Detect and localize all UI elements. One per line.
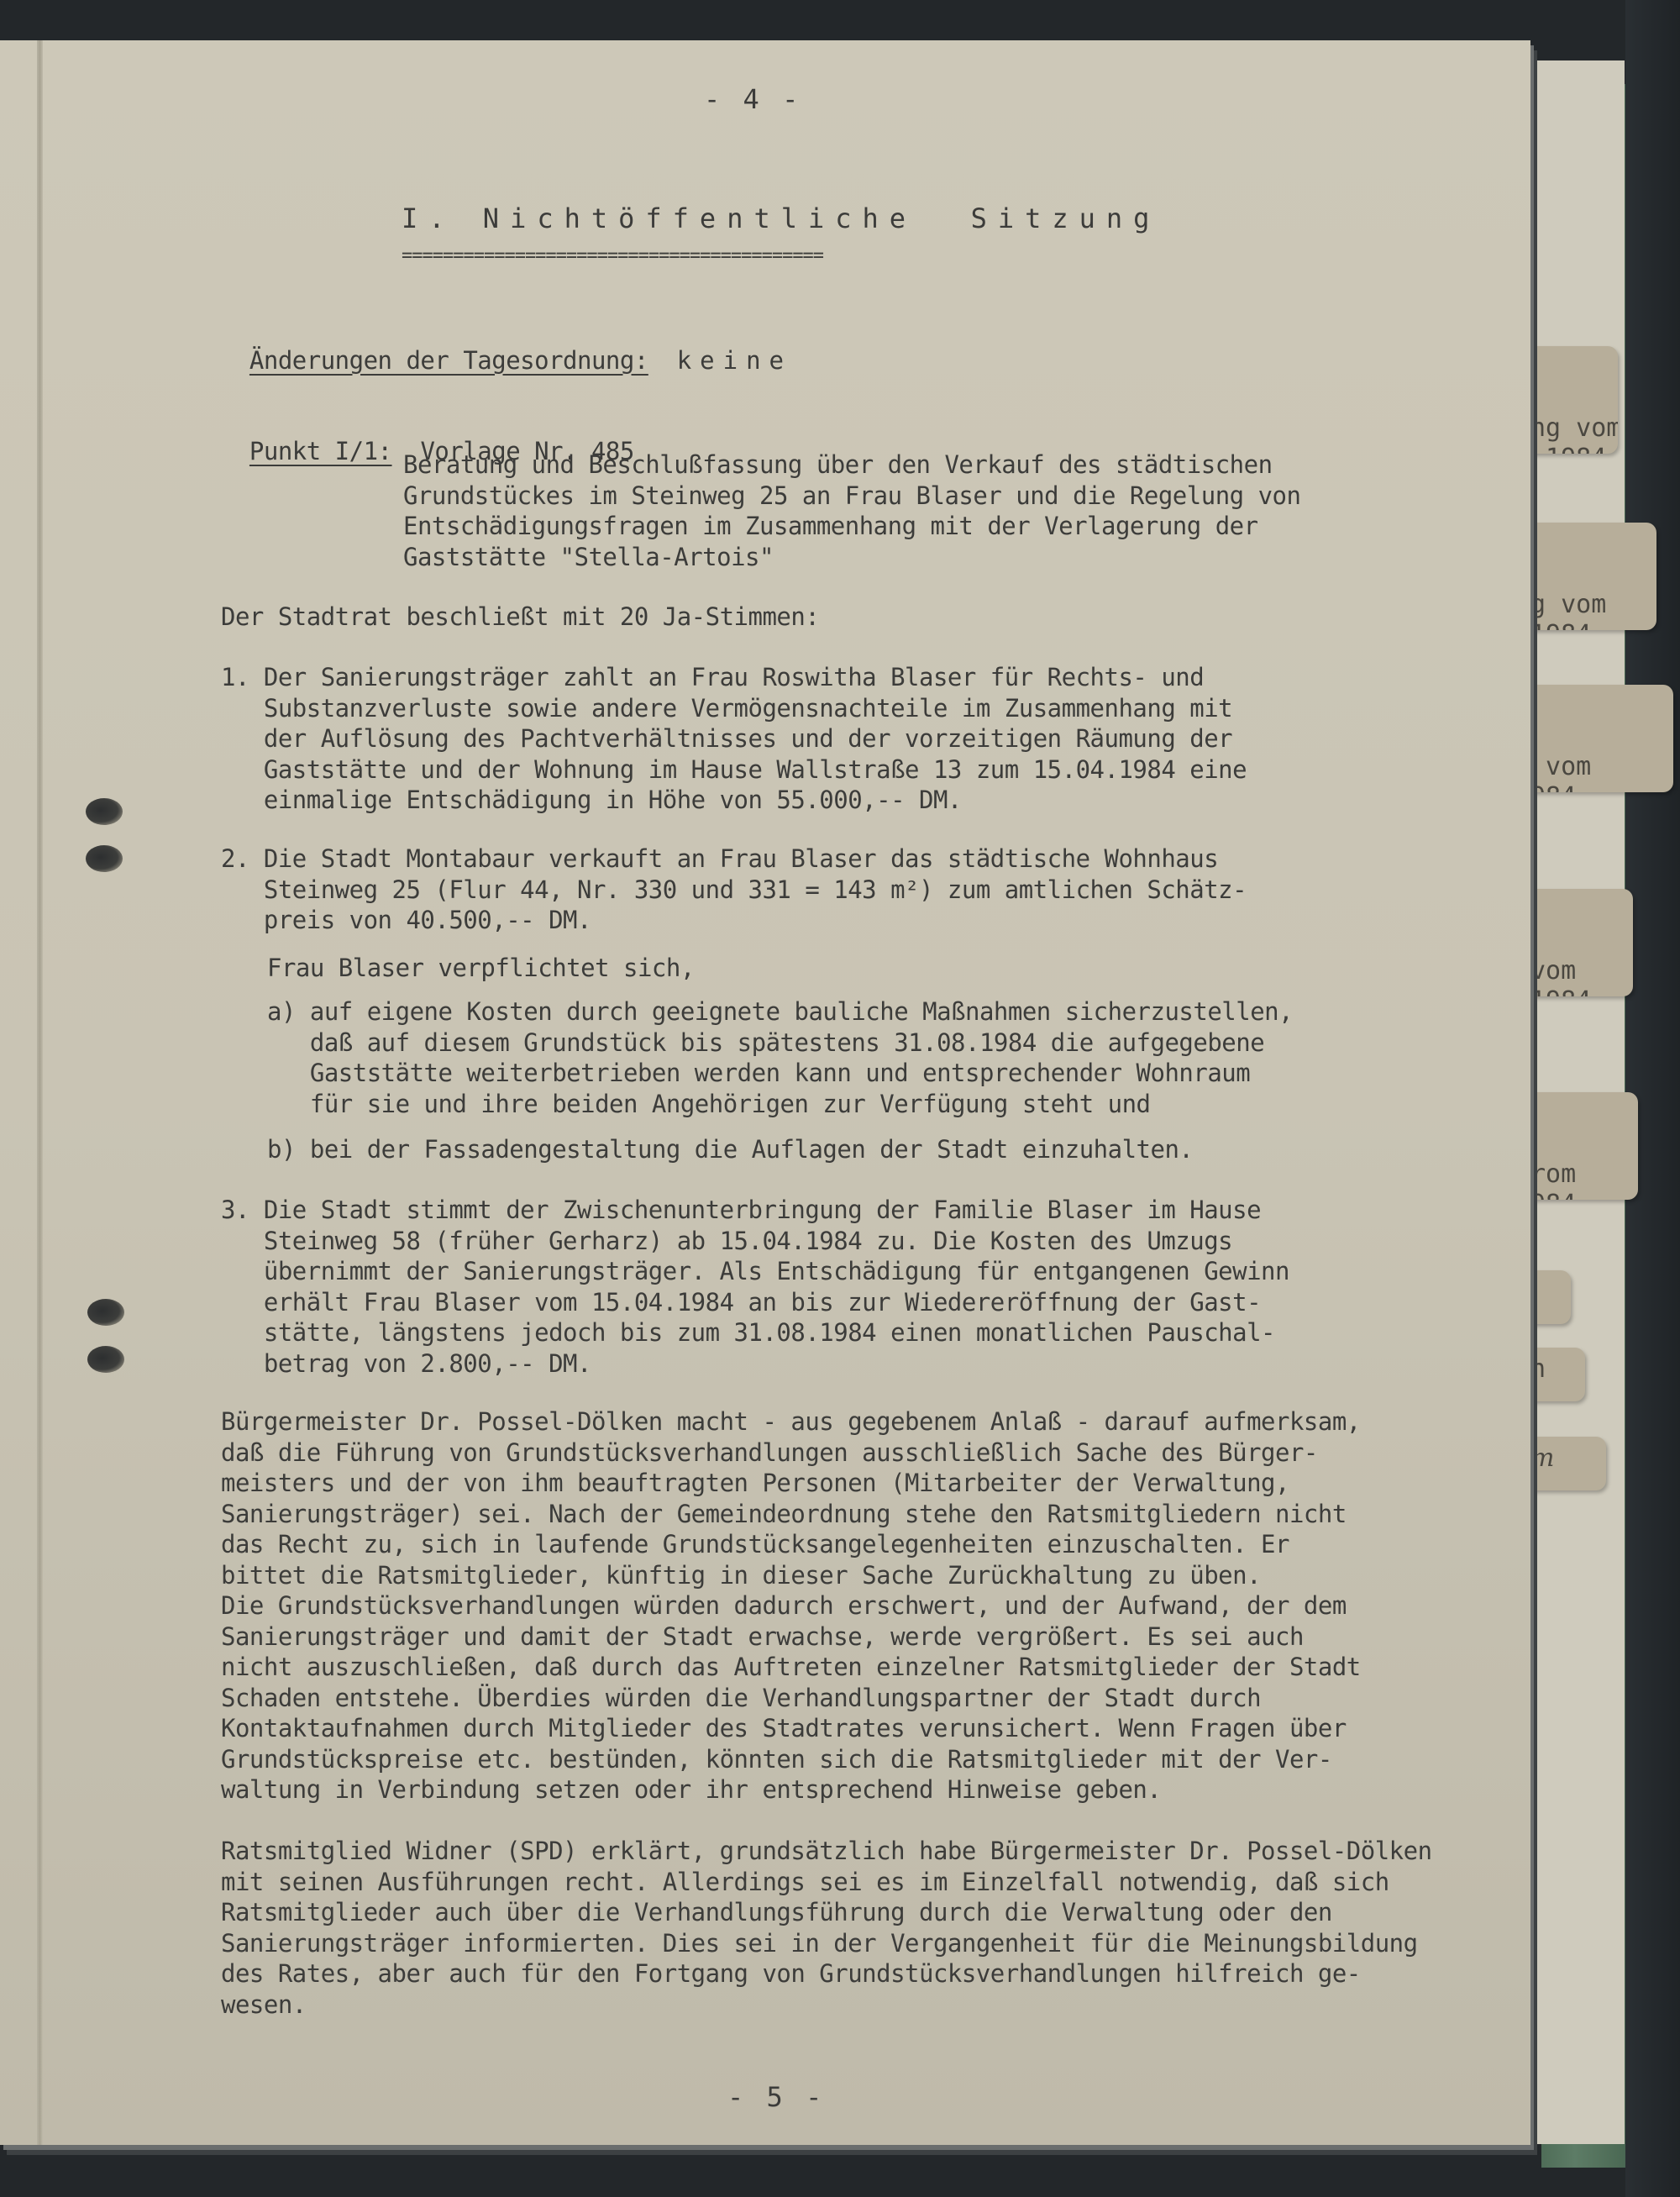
agenda-changes-value: keine	[677, 346, 792, 375]
punch-hole	[87, 1346, 124, 1373]
resolution-1: 1. Der Sanierungsträger zahlt an Frau Ro…	[221, 662, 1247, 816]
council-member-statement: Ratsmitglied Widner (SPD) erklärt, grund…	[221, 1836, 1432, 2020]
tab-text: vom	[1530, 956, 1633, 986]
page-number-top: - 4 -	[704, 84, 801, 115]
punch-hole	[86, 798, 123, 825]
divider-tab-7: n	[1530, 1348, 1585, 1401]
divider-tab-4: vom1984VIII	[1530, 889, 1633, 996]
page-fold-line	[37, 40, 43, 2145]
divider-tab-1: ng vom.1984P. VIII	[1530, 346, 1618, 454]
agenda-changes: Änderungen der Tagesordnung: keine	[221, 314, 792, 376]
divider-tab-8: m	[1530, 1437, 1606, 1490]
resolution-intro: Der Stadtrat beschließt mit 20 Ja-Stimme…	[221, 602, 819, 633]
tab-text: m	[1530, 1443, 1606, 1474]
tab-text: n	[1530, 1354, 1585, 1385]
tab-text: vom	[1530, 752, 1673, 782]
punch-hole	[86, 845, 123, 872]
tab-text: 1984	[1530, 986, 1633, 996]
section-heading: I. Nichtöffentliche Sitzung	[402, 203, 1160, 234]
agenda-changes-label: Änderungen der Tagesordnung:	[249, 346, 648, 375]
divider-tab-5: rom984X	[1530, 1092, 1638, 1200]
tab-text: rom	[1530, 1159, 1638, 1190]
tab-text: 1984	[1530, 620, 1656, 630]
resolution-2: 2. Die Stadt Montabaur verkauft an Frau …	[221, 844, 1247, 936]
item-description: Beratung und Beschlußfassung über den Ve…	[403, 449, 1300, 572]
sub-item-a: a) auf eigene Kosten durch geeignete bau…	[267, 996, 1293, 1119]
item-label: Punkt I/1:	[249, 437, 392, 465]
divider-tab-6	[1530, 1270, 1571, 1324]
mayor-statement: Bürgermeister Dr. Possel-Dölken macht - …	[221, 1406, 1361, 1805]
punch-hole	[87, 1299, 124, 1326]
resolution-3: 3. Die Stadt stimmt der Zwischenunterbri…	[221, 1195, 1289, 1379]
tab-text: 984	[1530, 1190, 1638, 1200]
page-number-bottom: - 5 -	[727, 2082, 825, 2113]
tab-text: g vom	[1530, 590, 1656, 620]
tab-text: .1984	[1530, 444, 1618, 454]
obligation-intro: Frau Blaser verpflichtet sich,	[267, 953, 695, 984]
section-heading-rule: ========================================…	[402, 245, 823, 267]
sub-item-b: b) bei der Fassadengestaltung die Auflag…	[267, 1134, 1193, 1165]
tab-text: 984	[1530, 782, 1673, 792]
divider-tab-2: g vom1984. VIII	[1530, 523, 1656, 630]
tab-text: ng vom	[1530, 413, 1618, 444]
divider-tab-3: vom984 VIII	[1530, 685, 1673, 792]
